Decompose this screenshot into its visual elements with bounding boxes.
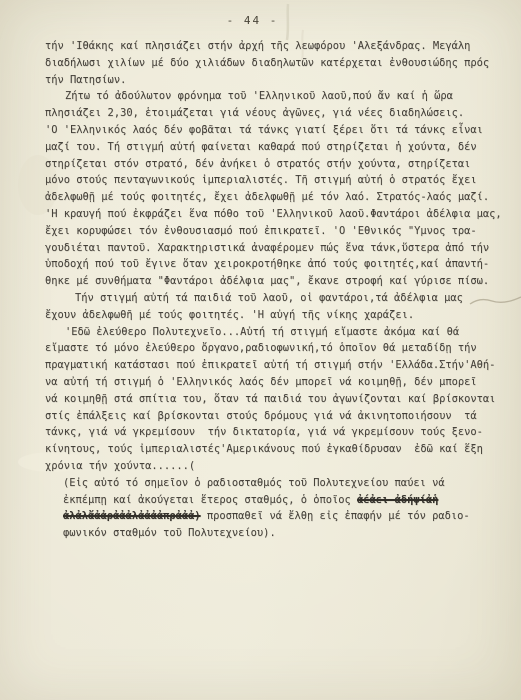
text-line: τήν Πατησίων. [45, 72, 515, 89]
text-line: στίς ἐπάλξεις καί βρίσκονται στούς δρόμο… [45, 408, 515, 425]
text-line: πραγματική κατάστασι πού ἐπικρατεῖ αὐτή … [45, 357, 515, 374]
page-number: - 44 - [0, 14, 505, 27]
text-segment: θηκε μέ συνθήματα "Φαντάροι ἀδέλφια μας"… [45, 275, 489, 287]
text-line: εἴμαστε τό μόνο ἐλεύθερο ὄργανο,ραδιοφων… [45, 340, 515, 357]
text-segment: νά κοιμηθῇ στά σπίτια του, ὅταν τά παιδι… [45, 393, 495, 405]
text-segment: 'Ο 'Ελληνικός λαός δέν φοβᾶται τά τάνκς … [45, 124, 483, 136]
text-line: ἔχει κορυφώσει τόν ἐνθουσιασμό πού ἐπικρ… [45, 223, 515, 240]
text-segment: μόνο στούς πενταγωνικούς ἰμπεριαλιστές. … [45, 174, 477, 186]
text-line: μόνο στούς πενταγωνικούς ἰμπεριαλιστές. … [45, 172, 515, 189]
text-segment: ὑποδοχή πού τοῦ ἔγινε ὅταν χειροκροτήθηκ… [45, 258, 489, 270]
text-line: κίνητους, τούς ἰμπεριαλιστές'Αμερικάνους… [45, 441, 515, 458]
struck-out-text: ἀλἀλἄἀἀρἀἀἀλἀἀἀἀπρἀἀἀ) [63, 510, 201, 522]
text-segment: γουδιέται παντοῦ. Χαρακτηριστικά ἀναφέρο… [45, 242, 489, 254]
text-segment: μαζί του. Τή στιγμή αὐτή φαίνεται καθαρά… [45, 141, 477, 153]
text-segment: (Εἰς αὐτό τό σημεῖον ὁ ραδιοσταθμός τοῦ … [63, 477, 445, 489]
text-segment: κίνητους, τούς ἰμπεριαλιστές'Αμερικάνους… [45, 443, 483, 455]
text-line: μαζί του. Τή στιγμή αὐτή φαίνεται καθαρά… [45, 139, 515, 156]
struck-out-text: ἀέἀει ἀδήψίἀἡ [357, 494, 438, 506]
text-segment: πλησιάζει 2,30, ἑτοιμάζεται γιά νέους ἀγ… [45, 107, 464, 119]
text-line: ἀλἀλἄἀἀρἀἀἀλἀἀἀἀπρἀἀἀ) προσπαθεῖ νά ἔλθῃ… [45, 508, 515, 525]
text-segment: ἀδελφωθῇ μέ τούς φοιτητές, ἔχει ἀδελφωθῇ… [45, 191, 489, 203]
text-line: ἔχουν ἀδελφωθῆ μέ τούς φοιτητές. 'Η αὐγή… [45, 307, 515, 324]
text-line: 'Ο 'Ελληνικός λαός δέν φοβᾶται τά τάνκς … [45, 122, 515, 139]
text-segment: ἐκπέμπῃ καί ἀκούγεται ἕτερος σταθμός, ὁ … [63, 494, 357, 506]
text-segment: τήν Πατησίων. [45, 74, 126, 86]
text-segment: χρόνια τήν χούντα......( [45, 460, 195, 472]
text-segment: στίς ἐπάλξεις καί βρίσκονται στούς δρόμο… [45, 410, 477, 422]
text-line: στηρίζεται στόν στρατό, δέν ἀνήκει ὁ στρ… [45, 156, 515, 173]
text-segment: Ζήτω τό ἀδούλωτον φρόνημα τοῦ 'Ελληνικοῦ… [65, 90, 453, 102]
text-line: Τήν στιγμή αὐτή τά παιδιά τοῦ λαοῦ, οἱ φ… [45, 290, 515, 307]
text-line: χρόνια τήν χούντα......( [45, 458, 515, 475]
text-line: τάνκς, γιά νά γκρεμίσουν τήν δικτατορία,… [45, 424, 515, 441]
text-segment: τάνκς, γιά νά γκρεμίσουν τήν δικτατορία,… [45, 426, 483, 438]
text-segment: εἴμαστε τό μόνο ἐλεύθερο ὄργανο,ραδιοφων… [45, 342, 477, 354]
text-segment: στηρίζεται στόν στρατό, δέν ἀνήκει ὁ στρ… [45, 158, 470, 170]
text-segment: ἔχουν ἀδελφωθῆ μέ τούς φοιτητές. 'Η αὐγή… [45, 309, 414, 321]
text-segment: διαδήλωσι χιλίων μέ δύο χιλιάδων διαδηλω… [45, 57, 489, 69]
text-segment: προσπαθεῖ νά ἔλθῃ εἰς ἐπαφήν μέ τόν ραδι… [201, 510, 470, 522]
text-line: διαδήλωσι χιλίων μέ δύο χιλιάδων διαδηλω… [45, 55, 515, 72]
text-line: ἐκπέμπῃ καί ἀκούγεται ἕτερος σταθμός, ὁ … [45, 492, 515, 509]
document-text-body: τήν 'Ιθάκης καί πλησιάζει στήν ἀρχή τῆς … [45, 38, 515, 542]
text-line: ὑποδοχή πού τοῦ ἔγινε ὅταν χειροκροτήθηκ… [45, 256, 515, 273]
text-line: 'Η κραυγή πού ἐκφράζει ἕνα πόθο τοῦ 'Ελλ… [45, 206, 515, 223]
text-line: (Εἰς αὐτό τό σημεῖον ὁ ραδιοσταθμός τοῦ … [45, 475, 515, 492]
text-line: Ζήτω τό ἀδούλωτον φρόνημα τοῦ 'Ελληνικοῦ… [45, 88, 515, 105]
text-segment: Τήν στιγμή αὐτή τά παιδιά τοῦ λαοῦ, οἱ φ… [75, 292, 463, 304]
text-line: φωνικόν σταθμόν τοῦ Πολυτεχνείου). [45, 525, 515, 542]
text-line: νά κοιμηθῇ στά σπίτια του, ὅταν τά παιδι… [45, 391, 515, 408]
text-line: 'Εδῶ ἐλεύθερο Πολυτεχνεῖο...Αὐτή τή στιγ… [45, 324, 515, 341]
typewritten-document-page: - 44 - τήν 'Ιθάκης καί πλησιάζει στήν ἀρ… [0, 0, 521, 700]
text-line: να αὐτή τή στιγμή ὁ 'Ελληνικός λαός δέν … [45, 374, 515, 391]
text-line: πλησιάζει 2,30, ἑτοιμάζεται γιά νέους ἀγ… [45, 105, 515, 122]
text-segment: πραγματική κατάστασι πού ἐπικρατεῖ αὐτή … [45, 359, 495, 371]
text-segment: ἔχει κορυφώσει τόν ἐνθουσιασμό πού ἐπικρ… [45, 225, 477, 237]
text-segment: τήν 'Ιθάκης καί πλησιάζει στήν ἀρχή τῆς … [45, 40, 470, 52]
text-segment: φωνικόν σταθμόν τοῦ Πολυτεχνείου). [63, 527, 276, 539]
text-line: γουδιέται παντοῦ. Χαρακτηριστικά ἀναφέρο… [45, 240, 515, 257]
text-segment: να αὐτή τή στιγμή ὁ 'Ελληνικός λαός δέν … [45, 376, 477, 388]
text-line: τήν 'Ιθάκης καί πλησιάζει στήν ἀρχή τῆς … [45, 38, 515, 55]
text-segment: 'Εδῶ ἐλεύθερο Πολυτεχνεῖο...Αὐτή τή στιγ… [65, 326, 459, 338]
text-line: ἀδελφωθῇ μέ τούς φοιτητές, ἔχει ἀδελφωθῇ… [45, 189, 515, 206]
text-line: θηκε μέ συνθήματα "Φαντάροι ἀδέλφια μας"… [45, 273, 515, 290]
text-segment: 'Η κραυγή πού ἐκφράζει ἕνα πόθο τοῦ 'Ελλ… [45, 208, 502, 220]
